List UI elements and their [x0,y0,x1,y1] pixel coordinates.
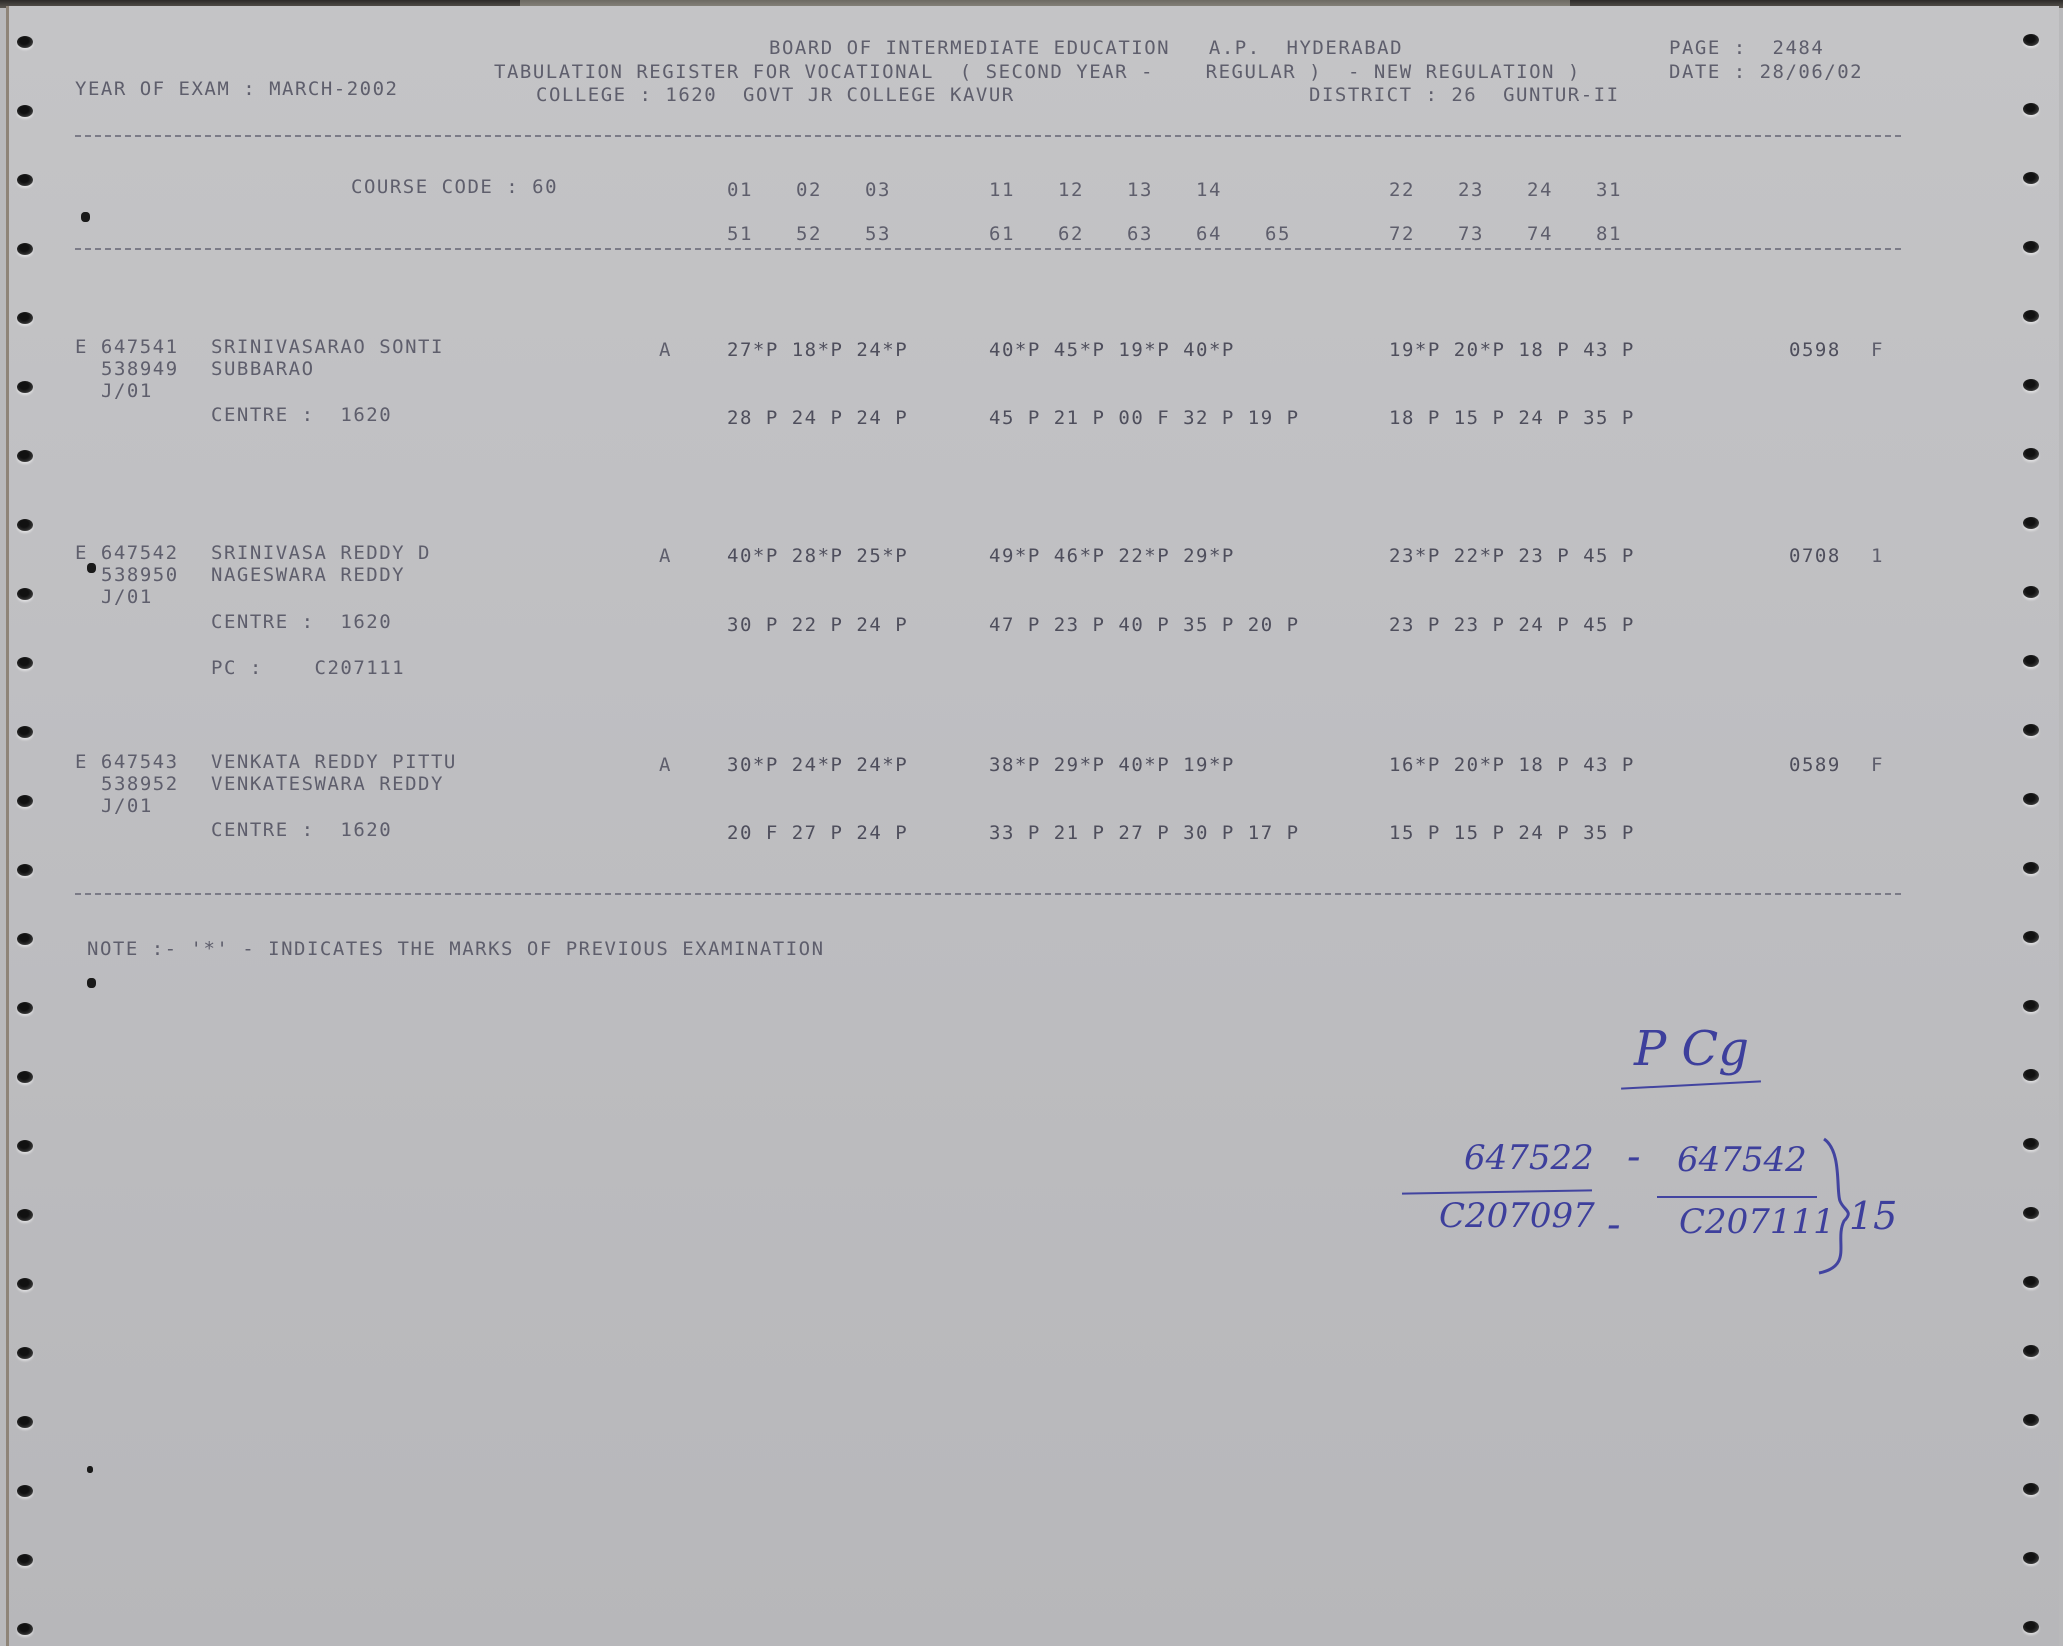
sprocket-hole-icon [2023,586,2039,598]
marks-first-year-b: 49*P 46*P 22*P 29*P [989,545,1235,567]
year-of-exam: YEAR OF EXAM : MARCH-2002 [75,78,398,100]
footnote: NOTE :- '*' - INDICATES THE MARKS OF PRE… [87,938,825,960]
sprocket-hole-icon [2023,241,2039,253]
marks-second-year-c: 23 P 23 P 24 P 45 P [1389,614,1635,636]
marks-first-year-c: 19*P 20*P 18 P 43 P [1389,339,1635,361]
marks-first-year-c: 23*P 22*P 23 P 45 P [1389,545,1635,567]
range-dash: - [1627,1134,1641,1180]
marks-second-year-b: 33 P 21 P 27 P 30 P 17 P [989,822,1300,844]
group-code: J/01 [101,586,153,608]
sprocket-hole-icon [2023,34,2039,46]
course-code-label: COURSE CODE : 60 [351,176,558,198]
printout-sheet: BOARD OF INTERMEDIATE EDUCATION A.P. HYD… [6,6,2059,1646]
result-status: F [1871,339,1884,361]
marks-second-year-c: 18 P 15 P 24 P 35 P [1389,407,1635,429]
sprocket-hole-icon [17,1140,33,1152]
ink-speck [87,563,96,573]
marks-first-year-a: 27*P 18*P 24*P [727,339,908,361]
record-count: 15 [1849,1194,1897,1238]
subject-code: 12 [1058,179,1084,201]
centre-code: CENTRE : 1620 [211,819,392,841]
roll-number: 538952 [101,773,179,795]
sprocket-hole-icon [2023,103,2039,115]
subject-code: 72 [1389,223,1415,245]
initials-signature: P Cg [1634,1021,1749,1077]
sprocket-hole-icon [2023,1552,2039,1564]
student-name: SRINIVASA REDDY D [211,542,431,564]
sprocket-hole-icon [17,1554,33,1566]
result-status: 1 [1871,545,1884,567]
subject-code: 62 [1058,223,1084,245]
medium: A [659,545,672,567]
sprocket-hole-icon [17,588,33,600]
marks-first-year-a: 30*P 24*P 24*P [727,754,908,776]
sprocket-hole-icon [17,1071,33,1083]
sprocket-hole-icon [2023,517,2039,529]
marks-second-year-b: 45 P 21 P 00 F 32 P 19 P [989,407,1300,429]
ink-speck [87,1466,93,1473]
sprocket-hole-icon [2023,172,2039,184]
medium: A [659,339,672,361]
sprocket-hole-icon [17,1209,33,1221]
range-start-pc: C207097 [1439,1196,1595,1236]
subject-code: 13 [1127,179,1153,201]
sprocket-hole-icon [17,1347,33,1359]
district-info: DISTRICT : 26 GUNTUR-II [1309,84,1620,106]
subject-code: 02 [796,179,822,201]
subject-code: 51 [727,223,753,245]
marks-second-year-a: 20 F 27 P 24 P [727,822,908,844]
marks-second-year-a: 30 P 22 P 24 P [727,614,908,636]
subject-code: 53 [865,223,891,245]
total-marks: 0598 [1789,339,1841,361]
sprocket-hole-icon [17,174,33,186]
father-name: NAGESWARA REDDY [211,564,405,586]
board-title: BOARD OF INTERMEDIATE EDUCATION A.P. HYD… [769,37,1403,59]
subject-code: 63 [1127,223,1153,245]
sprocket-hole-icon [2023,1138,2039,1150]
subject-code: 61 [989,223,1015,245]
subject-code: 14 [1196,179,1222,201]
fraction-line [1402,1189,1592,1194]
sprocket-hole-icon [17,1485,33,1497]
marks-first-year-b: 40*P 45*P 19*P 40*P [989,339,1235,361]
total-marks: 0708 [1789,545,1841,567]
course-divider [75,248,1901,250]
marks-first-year-a: 40*P 28*P 25*P [727,545,908,567]
roll-number: 538950 [101,564,179,586]
hall-ticket-number: E 647541 [75,336,179,358]
subject-code: 11 [989,179,1015,201]
sprocket-hole-icon [2023,724,2039,736]
sprocket-hole-icon [2023,448,2039,460]
sprocket-hole-icon [2023,1276,2039,1288]
signature-underline [1621,1080,1761,1089]
sprocket-hole-icon [2023,862,2039,874]
sprocket-hole-icon [2023,793,2039,805]
college-info: COLLEGE : 1620 GOVT JR COLLEGE KAVUR [536,84,1015,106]
total-marks: 0589 [1789,754,1841,776]
subject-code: 31 [1596,179,1622,201]
sprocket-hole-icon [17,933,33,945]
ink-speck [81,212,90,222]
sprocket-hole-icon [17,36,33,48]
subject-code: 74 [1527,223,1553,245]
sprocket-hole-icon [17,381,33,393]
register-title: TABULATION REGISTER FOR VOCATIONAL ( SEC… [494,61,1581,83]
range-dash: - [1607,1202,1621,1248]
sprocket-hole-icon [2023,1207,2039,1219]
group-code: J/01 [101,795,153,817]
result-status: F [1871,754,1884,776]
sprocket-hole-icon [17,312,33,324]
footer-divider [75,893,1901,895]
range-end-pc: C207111 [1679,1202,1835,1242]
sprocket-hole-icon [17,864,33,876]
roll-number: 538949 [101,358,179,380]
sprocket-hole-icon [2023,1069,2039,1081]
subject-code: 73 [1458,223,1484,245]
sprocket-hole-icon [2023,655,2039,667]
sprocket-hole-icon [2023,379,2039,391]
sprocket-hole-icon [17,726,33,738]
sprocket-hole-icon [17,795,33,807]
sprocket-hole-icon [2023,1621,2039,1633]
medium: A [659,754,672,776]
pc-number: PC : C207111 [211,657,405,679]
subject-code: 81 [1596,223,1622,245]
marks-first-year-c: 16*P 20*P 18 P 43 P [1389,754,1635,776]
sprocket-hole-icon [17,1623,33,1635]
group-code: J/01 [101,380,153,402]
range-end-hallticket: 647542 [1677,1140,1807,1180]
sprocket-hole-icon [2023,1483,2039,1495]
father-name: SUBBARAO [211,358,315,380]
sprocket-hole-icon [17,105,33,117]
hall-ticket-number: E 647543 [75,751,179,773]
subject-code: 52 [796,223,822,245]
centre-code: CENTRE : 1620 [211,404,392,426]
marks-second-year-b: 47 P 23 P 40 P 35 P 20 P [989,614,1300,636]
print-date: DATE : 28/06/02 [1669,61,1863,83]
ink-speck [87,978,96,988]
sprocket-hole-icon [2023,1414,2039,1426]
sprocket-hole-icon [17,1416,33,1428]
sprocket-hole-icon [17,450,33,462]
subject-code: 01 [727,179,753,201]
subject-code: 03 [865,179,891,201]
sprocket-hole-icon [2023,1000,2039,1012]
marks-second-year-c: 15 P 15 P 24 P 35 P [1389,822,1635,844]
page-number: PAGE : 2484 [1669,37,1824,59]
subject-code: 23 [1458,179,1484,201]
sprocket-hole-icon [17,1278,33,1290]
marks-second-year-a: 28 P 24 P 24 P [727,407,908,429]
sprocket-hole-icon [2023,310,2039,322]
centre-code: CENTRE : 1620 [211,611,392,633]
sprocket-hole-icon [17,519,33,531]
student-name: VENKATA REDDY PITTU [211,751,457,773]
subject-code: 24 [1527,179,1553,201]
sprocket-hole-icon [17,243,33,255]
sprocket-hole-icon [17,1002,33,1014]
sprocket-hole-icon [2023,931,2039,943]
sprocket-hole-icon [2023,1345,2039,1357]
student-name: SRINIVASARAO SONTI [211,336,444,358]
subject-code: 22 [1389,179,1415,201]
fraction-line [1657,1196,1817,1198]
range-start-hallticket: 647522 [1464,1138,1594,1178]
subject-code: 65 [1265,223,1291,245]
marks-first-year-b: 38*P 29*P 40*P 19*P [989,754,1235,776]
father-name: VENKATESWARA REDDY [211,773,444,795]
header-divider [75,135,1901,137]
sprocket-hole-icon [17,657,33,669]
subject-code: 64 [1196,223,1222,245]
hall-ticket-number: E 647542 [75,542,179,564]
